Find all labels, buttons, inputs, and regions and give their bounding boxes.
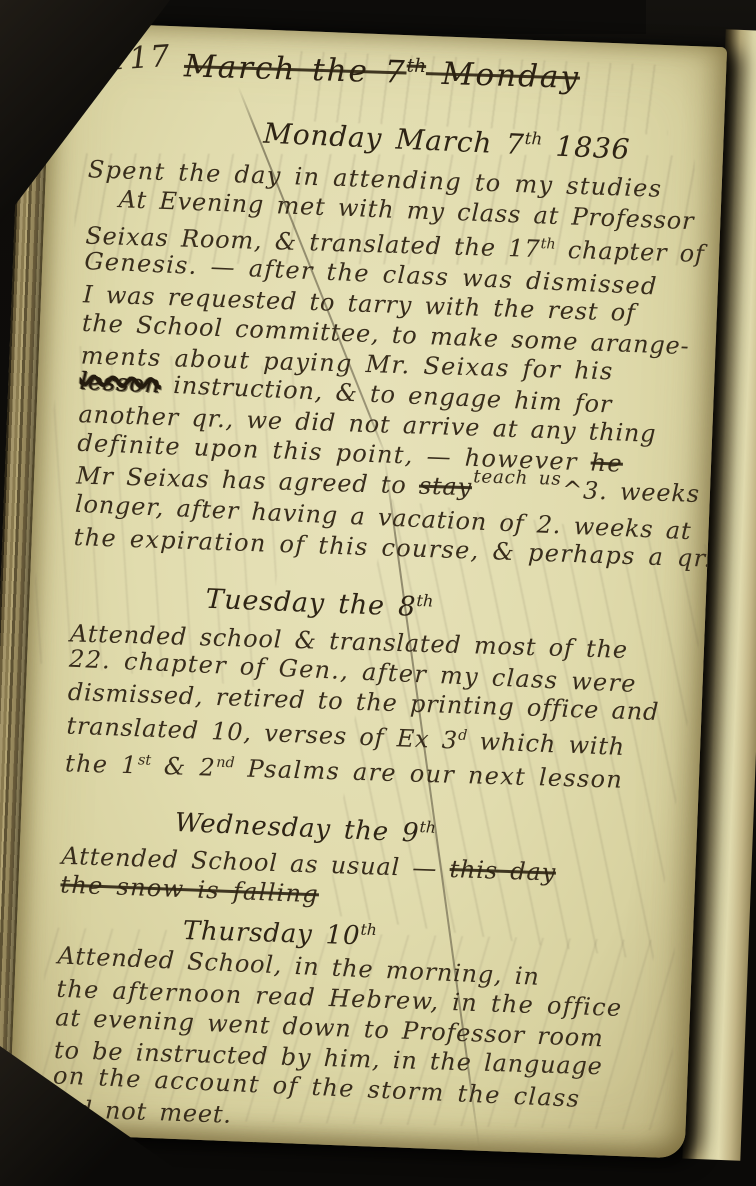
struck-text: this day: [449, 855, 556, 887]
handwritten-text: th: [416, 591, 434, 611]
entry-date-heading: March the 7th Monday: [183, 33, 723, 109]
handwritten-text: Wednesday the 9: [174, 808, 420, 849]
handwritten-text: th: [540, 236, 556, 252]
scan-background: 117 March the 7th MondayMonday March 7th…: [0, 0, 756, 1186]
struck-text: lesson: [79, 367, 161, 399]
handwritten-text: Monday March 7: [263, 117, 525, 162]
handwritten-text: th: [419, 818, 436, 837]
handwritten-text: th: [360, 921, 377, 939]
handwritten-text: the 1: [65, 749, 139, 779]
inserted-text: teach us: [473, 466, 562, 490]
struck-text: March the 7: [183, 48, 407, 91]
handwritten-text: Psalms are our next lesson: [234, 754, 623, 794]
handwritten-text: th: [524, 128, 542, 149]
handwritten-text: Tuesday the 8: [205, 583, 417, 622]
handwritten-text: 1836: [541, 129, 631, 166]
handwritten-text: ^3. weeks: [562, 476, 700, 508]
handwritten-text: & 2: [151, 751, 217, 781]
handwritten-text: nd: [216, 754, 235, 771]
struck-text: stay: [419, 471, 473, 501]
manuscript-text: March the 7th MondayMonday March 7th 183…: [35, 26, 723, 1146]
struck-text: Monday: [425, 55, 580, 96]
struck-text: he: [590, 448, 623, 477]
handwritten-text: st: [138, 752, 152, 768]
handwritten-text: chapter of: [555, 235, 705, 267]
struck-text: th: [406, 56, 426, 78]
journal-page: 117 March the 7th MondayMonday March 7th…: [9, 21, 727, 1158]
